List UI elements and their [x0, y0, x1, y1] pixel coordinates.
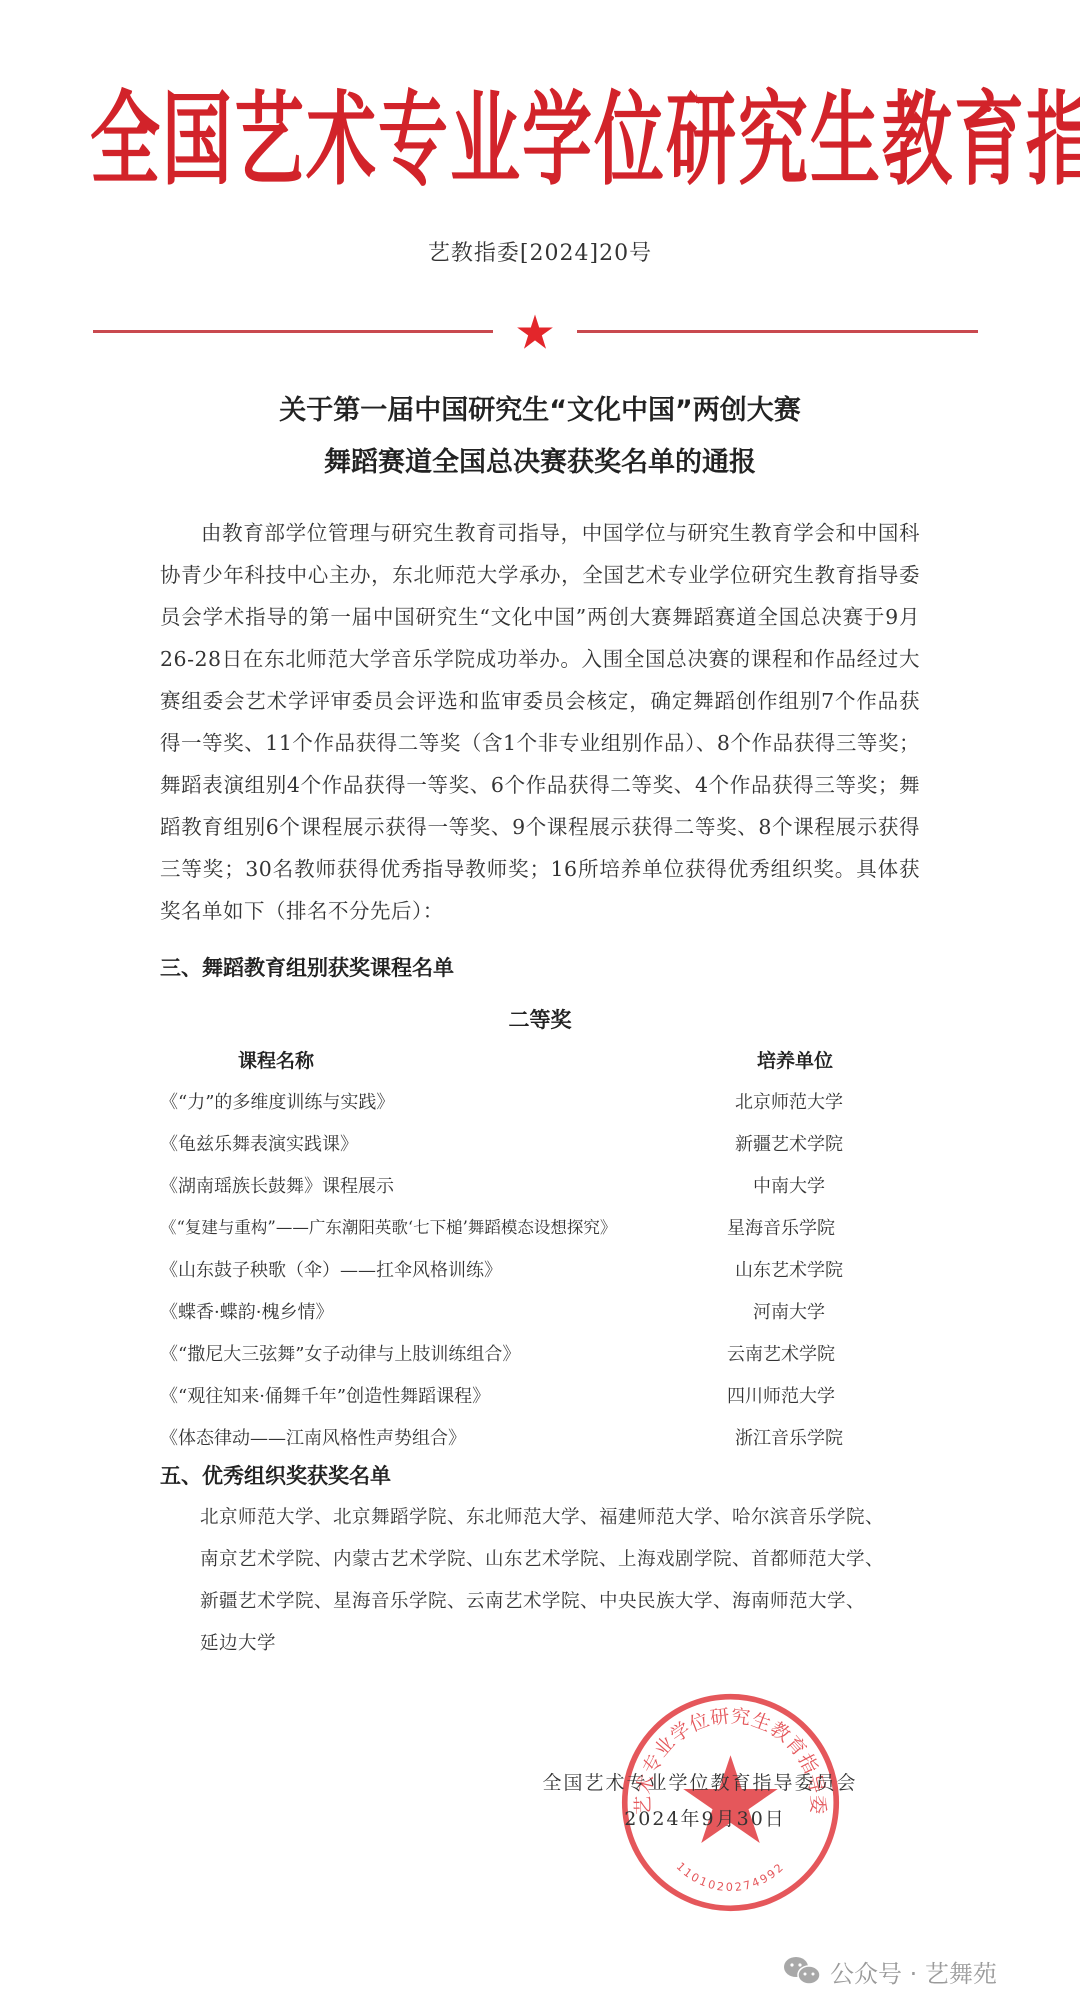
course-name: 《龟兹乐舞表演实践课》 — [160, 1130, 358, 1156]
notice-title-line1: 关于第一届中国研究生“文化中国”两创大赛 — [0, 388, 1080, 427]
training-unit: 北京师范大学 — [735, 1088, 843, 1114]
table-row: 《“复建与重构”——广东潮阳英歌‘七下槌’舞蹈模态设想探究》 星海音乐学院 — [160, 1214, 860, 1256]
red-star-icon — [516, 313, 554, 351]
award-table: 《“力”的多维度训练与实践》 北京师范大学 《龟兹乐舞表演实践课》 新疆艺术学院… — [160, 1088, 860, 1466]
course-name: 《“力”的多维度训练与实践》 — [160, 1088, 394, 1114]
training-unit: 新疆艺术学院 — [735, 1130, 843, 1156]
training-unit: 四川师范大学 — [727, 1382, 835, 1408]
course-name: 《“观往知来·俑舞千年”创造性舞蹈课程》 — [160, 1382, 490, 1408]
training-unit: 浙江音乐学院 — [735, 1424, 843, 1450]
document-number: 艺教指委[2024]20号 — [0, 236, 1080, 267]
course-name: 《湖南瑶族长鼓舞》课程展示 — [160, 1172, 394, 1198]
signature-date: 2024年9月30日 — [570, 1804, 840, 1831]
table-row: 《湖南瑶族长鼓舞》课程展示 中南大学 — [160, 1172, 860, 1214]
table-row: 《山东鼓子秧歌（伞）——扛伞风格训练》 山东艺术学院 — [160, 1256, 860, 1298]
training-unit: 中南大学 — [753, 1172, 825, 1198]
watermark-text: 公众号 · 艺舞苑 — [830, 1954, 997, 1989]
body-paragraph: 由教育部学位管理与研究生教育司指导，中国学位与研究生教育学会和中国科协青少年科技… — [160, 512, 920, 932]
table-row: 《龟兹乐舞表演实践课》 新疆艺术学院 — [160, 1130, 860, 1172]
training-unit: 星海音乐学院 — [727, 1214, 835, 1240]
org-list-line: 延边大学 — [200, 1623, 920, 1665]
header-rule-left — [93, 330, 493, 333]
table-row: 《“观往知来·俑舞千年”创造性舞蹈课程》 四川师范大学 — [160, 1382, 860, 1424]
training-unit: 河南大学 — [753, 1298, 825, 1324]
training-unit: 云南艺术学院 — [727, 1340, 835, 1366]
org-list-line: 新疆艺术学院、星海音乐学院、云南艺术学院、中央民族大学、海南师范大学、 — [200, 1581, 920, 1623]
org-list-line: 南京艺术学院、内蒙古艺术学院、山东艺术学院、上海戏剧学院、首都师范大学、 — [200, 1539, 920, 1581]
wechat-watermark: 公众号 · 艺舞苑 — [782, 1954, 997, 1988]
course-name: 《“复建与重构”——广东潮阳英歌‘七下槌’舞蹈模态设想探究》 — [160, 1214, 616, 1238]
section3-heading: 三、舞蹈教育组别获奖课程名单 — [160, 952, 454, 982]
org-list-line: 北京师范大学、北京舞蹈学院、东北师范大学、福建师范大学、哈尔滨音乐学院、 — [200, 1497, 920, 1539]
svg-text:1101020274992: 1101020274992 — [674, 1860, 788, 1894]
header-rule-right — [577, 330, 978, 333]
organization-award-list: 北京师范大学、北京舞蹈学院、东北师范大学、福建师范大学、哈尔滨音乐学院、 南京艺… — [200, 1497, 920, 1665]
masthead-title: 全国艺术专业学位研究生教育指导委员会 — [90, 88, 990, 192]
official-seal-icon: 全国艺术专业学位研究生教育指导委员会 1101020274992 — [618, 1690, 843, 1915]
award-level-heading: 二等奖 — [0, 1004, 1080, 1034]
section5-heading: 五、优秀组织奖获奖名单 — [160, 1460, 391, 1490]
course-name: 《蝶香·蝶韵·槐乡情》 — [160, 1298, 333, 1324]
course-name: 《山东鼓子秧歌（伞）——扛伞风格训练》 — [160, 1256, 502, 1282]
training-unit: 山东艺术学院 — [735, 1256, 843, 1282]
course-name: 《体态律动——江南风格性声势组合》 — [160, 1424, 466, 1450]
notice-title-line2: 舞蹈赛道全国总决赛获奖名单的通报 — [0, 440, 1080, 479]
column-header-unit: 培养单位 — [757, 1046, 833, 1073]
seal-code: 1101020274992 — [674, 1860, 788, 1894]
signature-organization: 全国艺术专业学位教育指导委员会 — [520, 1768, 880, 1795]
table-row: 《“力”的多维度训练与实践》 北京师范大学 — [160, 1088, 860, 1130]
column-header-course: 课程名称 — [238, 1046, 314, 1073]
table-row: 《“撒尼大三弦舞”女子动律与上肢训练组合》 云南艺术学院 — [160, 1340, 860, 1382]
table-row: 《蝶香·蝶韵·槐乡情》 河南大学 — [160, 1298, 860, 1340]
course-name: 《“撒尼大三弦舞”女子动律与上肢训练组合》 — [160, 1340, 520, 1366]
wechat-icon — [782, 1955, 822, 1987]
